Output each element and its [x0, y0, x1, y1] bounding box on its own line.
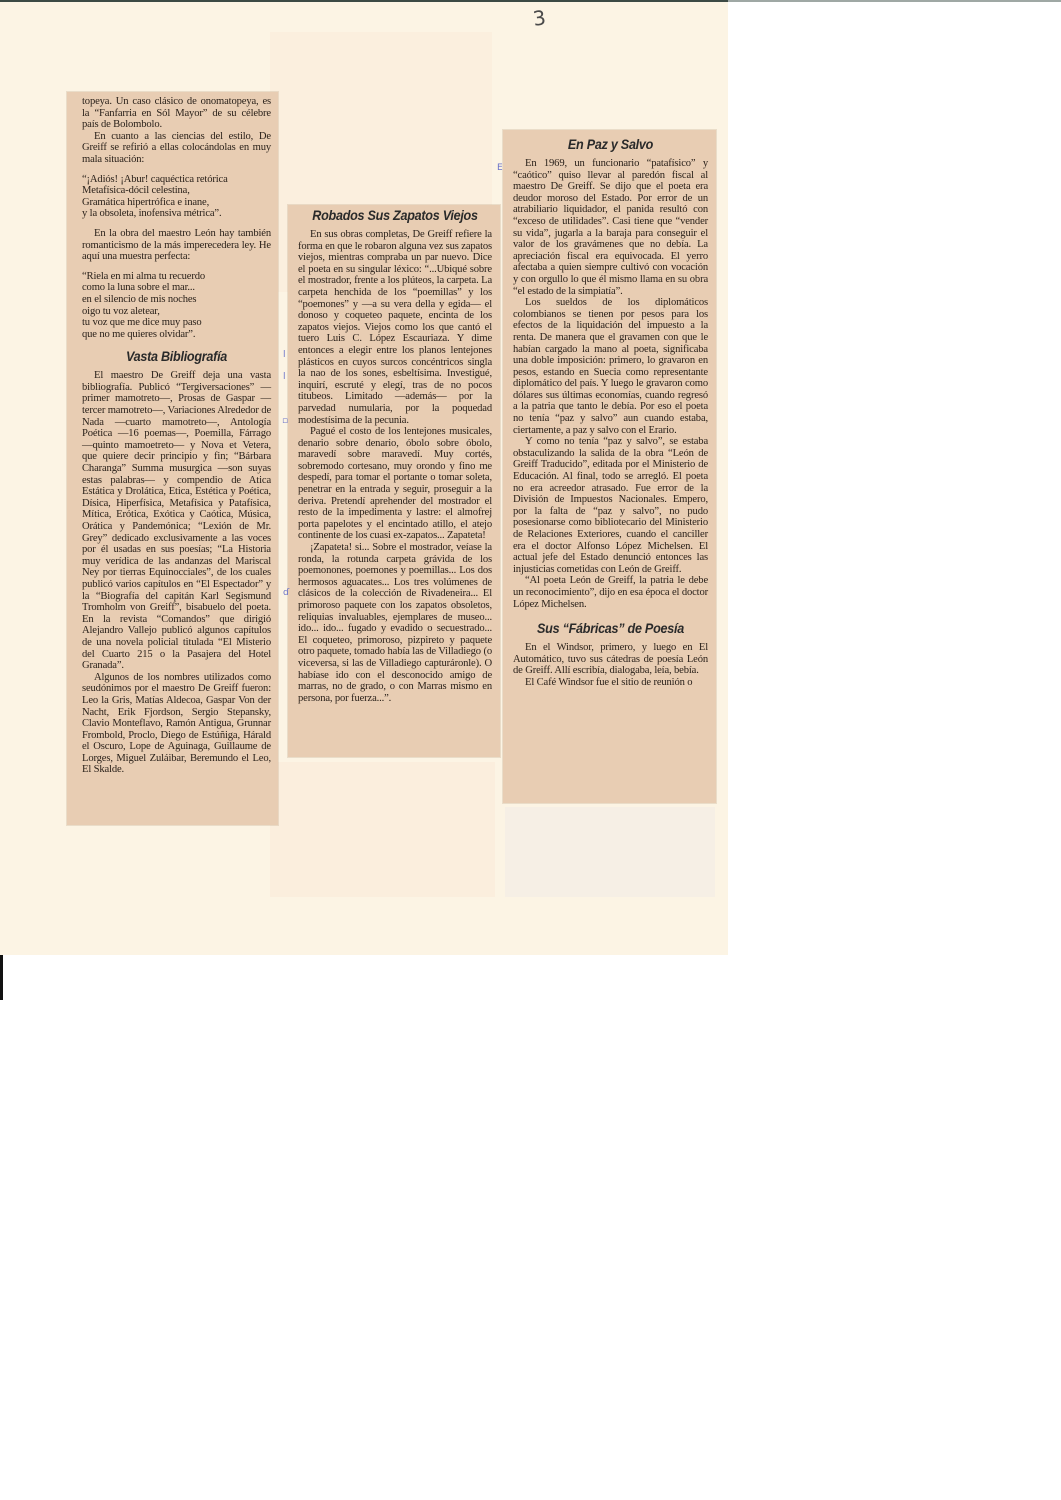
paragraph: “Al poeta León de Greiff, la patria le d… [513, 575, 708, 610]
verse-line: que no me quieres olvidar”. [82, 329, 271, 341]
paragraph: Pagué el costo de los lentejones musical… [298, 426, 492, 542]
paragraph: En cuanto a las ciencias del estilo, De … [82, 131, 271, 166]
section-heading: Sus “Fábricas” de Poesía [523, 620, 699, 636]
verse-line: como la luna sobre el mar... [82, 282, 271, 294]
paper-shading [270, 762, 495, 897]
paragraph: En el Windsor, primero, y luego en El Au… [513, 642, 708, 677]
article-heading: En Paz y Salvo [523, 136, 699, 152]
scan-edge-mark [0, 955, 3, 1000]
paragraph: Algunos de los nombres utilizados como s… [82, 672, 271, 776]
article-heading: Robados Sus Zapatos Viejos [308, 207, 483, 223]
ink-mark: ɗ [283, 588, 289, 598]
verse-line: y la obsoleta, inofensiva métrica”. [82, 208, 271, 220]
verse-line: “¡Adiós! ¡Abur! caquéctica retórica [82, 174, 271, 186]
ink-mark: ▫ [282, 416, 288, 426]
paper-shading [505, 807, 715, 897]
verse-line: “Riela en mi alma tu recuerdo [82, 271, 271, 283]
verse-line: Gramática hipertrófica e inane, [82, 197, 271, 209]
newspaper-clipping-1: topeya. Un caso clásico de onomatopeya, … [67, 92, 278, 825]
paragraph: topeya. Un caso clásico de onomatopeya, … [82, 96, 271, 131]
paragraph: En 1969, un funcionario “patafísico” y “… [513, 158, 708, 297]
paragraph: Y como no tenía “paz y salvo”, se estaba… [513, 436, 708, 575]
verse-line: en el silencio de mis noches [82, 294, 271, 306]
newspaper-clipping-3: En Paz y Salvo En 1969, un funcionario “… [503, 130, 716, 803]
scan-top-edge-right [728, 0, 1061, 2]
ink-mark: E [497, 163, 503, 173]
paragraph: El Café Windsor fue el sitio de reunión … [513, 677, 708, 689]
section-heading: Vasta Bibliografía [91, 348, 261, 364]
verse-line: oigo tu voz aletear, [82, 306, 271, 318]
paragraph: Los sueldos de los diplomáticos colombia… [513, 297, 708, 436]
paragraph: ¡Zapateta! si... Sobre el mostrador, veí… [298, 542, 492, 704]
poem-excerpt: “¡Adiós! ¡Abur! caquéctica retórica Meta… [82, 174, 271, 220]
paragraph: El maestro De Greiff deja una vasta bibl… [82, 370, 271, 671]
ink-mark: l [283, 350, 286, 360]
paragraph: En sus obras completas, De Greiff refier… [298, 229, 492, 426]
newspaper-clipping-2: Robados Sus Zapatos Viejos En sus obras … [288, 205, 500, 757]
poem-excerpt: “Riela en mi alma tu recuerdo como la lu… [82, 271, 271, 341]
paragraph: En la obra del maestro León hay también … [82, 228, 271, 263]
verse-line: tu voz que me dice muy paso [82, 317, 271, 329]
verse-line: Metafísica-dócil celestina, [82, 185, 271, 197]
ink-mark: l [283, 372, 286, 382]
